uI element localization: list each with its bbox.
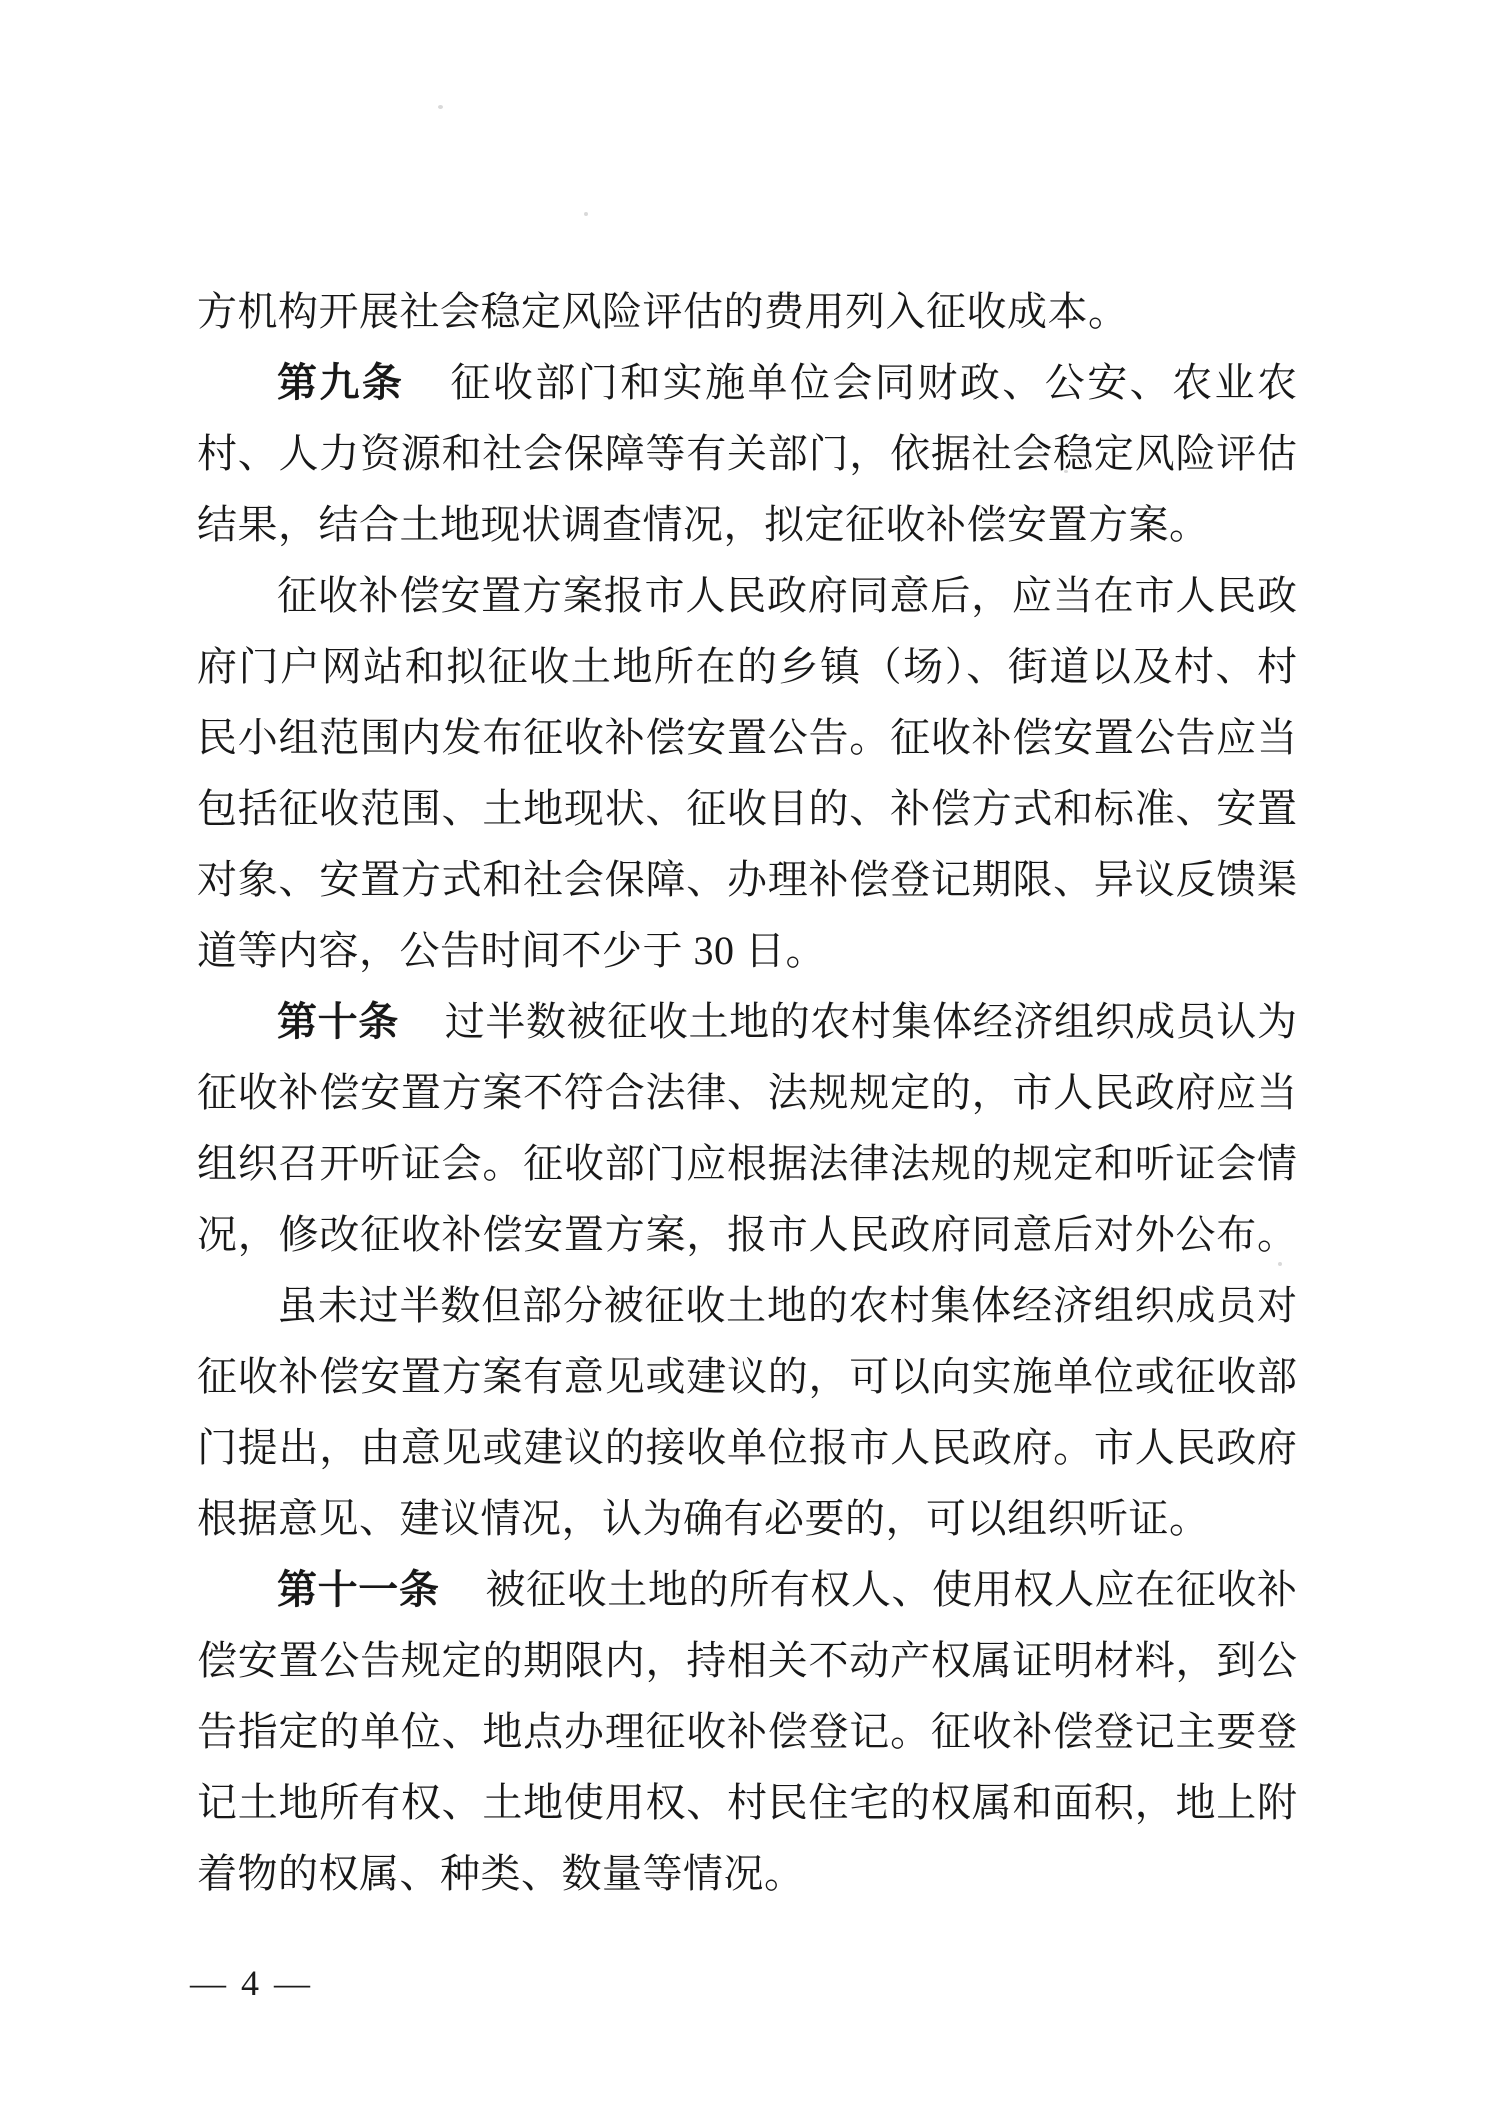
text-line: 征收补偿安置方案报市人民政府同意后，应当在市人民政	[197, 560, 1297, 631]
article-number: 第十条	[277, 999, 399, 1044]
line-text: 结果，结合土地现状调查情况，拟定征收补偿安置方案。	[197, 502, 1210, 547]
scan-speckle	[584, 212, 588, 216]
line-text: 征收补偿安置方案有意见或建议的，可以向实施单位或征收部	[197, 1354, 1297, 1399]
line-text: 村、人力资源和社会保障等有关部门，依据社会稳定风险评估	[197, 431, 1297, 476]
line-text: 记土地所有权、土地使用权、村民住宅的权属和面积，地上附	[197, 1780, 1297, 1825]
line-text: 过半数被征收土地的农村集体经济组织成员认为	[445, 999, 1297, 1044]
scan-speckle	[438, 105, 443, 109]
document-page: 方机构开展社会稳定风险评估的费用列入征收成本。第九条征收部门和实施单位会同财政、…	[0, 0, 1487, 2102]
line-text: 对象、安置方式和社会保障、办理补偿登记期限、异议反馈渠	[197, 857, 1297, 902]
text-line: 征收补偿安置方案不符合法律、法规规定的，市人民政府应当	[197, 1057, 1297, 1128]
article-line: 第九条征收部门和实施单位会同财政、公安、农业农	[197, 347, 1297, 418]
text-line: 组织召开听证会。征收部门应根据法律法规的规定和听证会情	[197, 1128, 1297, 1199]
line-text: 征收部门和实施单位会同财政、公安、农业农	[450, 360, 1297, 405]
line-text: 征收补偿安置方案不符合法律、法规规定的，市人民政府应当	[197, 1070, 1297, 1115]
text-line: 根据意见、建议情况，认为确有必要的，可以组织听证。	[197, 1483, 1297, 1554]
line-text: 偿安置公告规定的期限内，持相关不动产权属证明材料，到公	[197, 1638, 1297, 1683]
text-line: 对象、安置方式和社会保障、办理补偿登记期限、异议反馈渠	[197, 844, 1297, 915]
line-text: 道等内容，公告时间不少于 30 日。	[197, 928, 826, 973]
text-line: 府门户网站和拟征收土地所在的乡镇（场）、街道以及村、村	[197, 631, 1297, 702]
article-number: 第十一条	[277, 1567, 439, 1612]
line-text: 门提出，由意见或建议的接收单位报市人民政府。市人民政府	[197, 1425, 1297, 1470]
line-text: 包括征收范围、土地现状、征收目的、补偿方式和标准、安置	[197, 786, 1297, 831]
line-text: 府门户网站和拟征收土地所在的乡镇（场）、街道以及村、村	[197, 644, 1297, 689]
text-line: 门提出，由意见或建议的接收单位报市人民政府。市人民政府	[197, 1412, 1297, 1483]
line-text: 况，修改征收补偿安置方案，报市人民政府同意后对外公布。	[197, 1212, 1297, 1257]
text-line: 况，修改征收补偿安置方案，报市人民政府同意后对外公布。	[197, 1199, 1297, 1270]
line-text: 组织召开听证会。征收部门应根据法律法规的规定和听证会情	[197, 1141, 1297, 1186]
text-line: 告指定的单位、地点办理征收补偿登记。征收补偿登记主要登	[197, 1696, 1297, 1767]
line-text: 虽未过半数但部分被征收土地的农村集体经济组织成员对	[277, 1283, 1297, 1328]
text-line: 着物的权属、种类、数量等情况。	[197, 1838, 1297, 1909]
article-line: 第十条过半数被征收土地的农村集体经济组织成员认为	[197, 986, 1297, 1057]
document-body: 方机构开展社会稳定风险评估的费用列入征收成本。第九条征收部门和实施单位会同财政、…	[197, 276, 1297, 1909]
line-text: 着物的权属、种类、数量等情况。	[197, 1851, 805, 1896]
page-number: — 4 —	[190, 1962, 313, 2004]
text-line: 记土地所有权、土地使用权、村民住宅的权属和面积，地上附	[197, 1767, 1297, 1838]
text-line: 方机构开展社会稳定风险评估的费用列入征收成本。	[197, 276, 1297, 347]
text-line: 民小组范围内发布征收补偿安置公告。征收补偿安置公告应当	[197, 702, 1297, 773]
article-line: 第十一条被征收土地的所有权人、使用权人应在征收补	[197, 1554, 1297, 1625]
text-line: 道等内容，公告时间不少于 30 日。	[197, 915, 1297, 986]
text-line: 结果，结合土地现状调查情况，拟定征收补偿安置方案。	[197, 489, 1297, 560]
text-line: 包括征收范围、土地现状、征收目的、补偿方式和标准、安置	[197, 773, 1297, 844]
line-text: 方机构开展社会稳定风险评估的费用列入征收成本。	[197, 289, 1129, 334]
line-text: 告指定的单位、地点办理征收补偿登记。征收补偿登记主要登	[197, 1709, 1297, 1754]
line-text: 根据意见、建议情况，认为确有必要的，可以组织听证。	[197, 1496, 1210, 1541]
text-line: 虽未过半数但部分被征收土地的农村集体经济组织成员对	[197, 1270, 1297, 1341]
text-line: 村、人力资源和社会保障等有关部门，依据社会稳定风险评估	[197, 418, 1297, 489]
line-text: 民小组范围内发布征收补偿安置公告。征收补偿安置公告应当	[197, 715, 1297, 760]
line-text: 被征收土地的所有权人、使用权人应在征收补	[485, 1567, 1297, 1612]
article-number: 第九条	[277, 360, 404, 405]
text-line: 征收补偿安置方案有意见或建议的，可以向实施单位或征收部	[197, 1341, 1297, 1412]
line-text: 征收补偿安置方案报市人民政府同意后，应当在市人民政	[277, 573, 1297, 618]
text-line: 偿安置公告规定的期限内，持相关不动产权属证明材料，到公	[197, 1625, 1297, 1696]
